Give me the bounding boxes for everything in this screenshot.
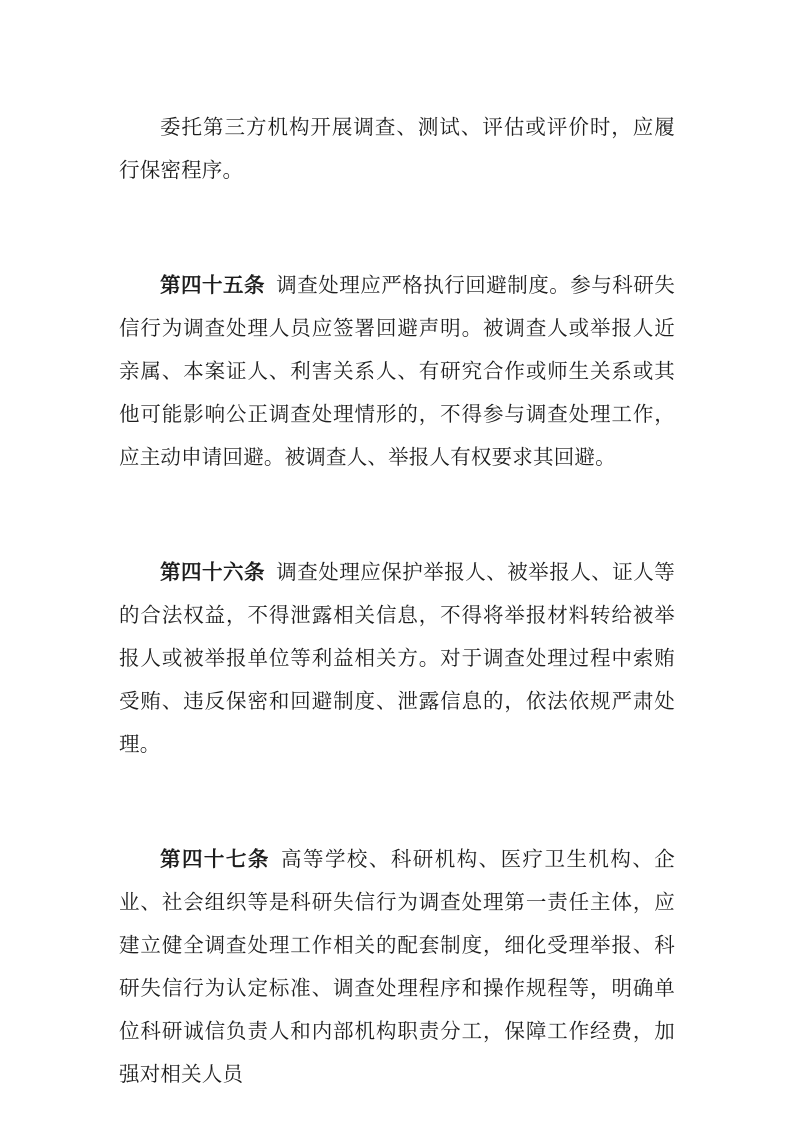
article-46-number: 第四十六条 [160,562,265,584]
article-45-paragraph: 第四十五条调查处理应严格执行回避制度。参与科研失信行为调查处理人员应签署回避声明… [119,265,675,480]
article-45-number: 第四十五条 [160,275,265,297]
article-47-number: 第四十七条 [160,849,270,871]
article-47-paragraph: 第四十七条高等学校、科研机构、医疗卫生机构、企业、社会组织等是科研失信行为调查处… [119,839,675,1097]
article-46-text: 调查处理应保护举报人、被举报人、证人等的合法权益，不得泄露相关信息，不得将举报材… [119,562,675,756]
article-text: 委托第三方机构开展调查、测试、评估或评价时，应履行保密程序。 [119,117,675,182]
article-46-paragraph: 第四十六条调查处理应保护举报人、被举报人、证人等的合法权益，不得泄露相关信息，不… [119,552,675,767]
paragraph-clause-continuation: 委托第三方机构开展调查、测试、评估或评价时，应履行保密程序。 [119,107,675,193]
article-47-text: 高等学校、科研机构、医疗卫生机构、企业、社会组织等是科研失信行为调查处理第一责任… [119,849,675,1086]
document-page: 委托第三方机构开展调查、测试、评估或评价时，应履行保密程序。 第四十五条调查处理… [0,0,793,1122]
article-45-text: 调查处理应严格执行回避制度。参与科研失信行为调查处理人员应签署回避声明。被调查人… [119,275,675,469]
